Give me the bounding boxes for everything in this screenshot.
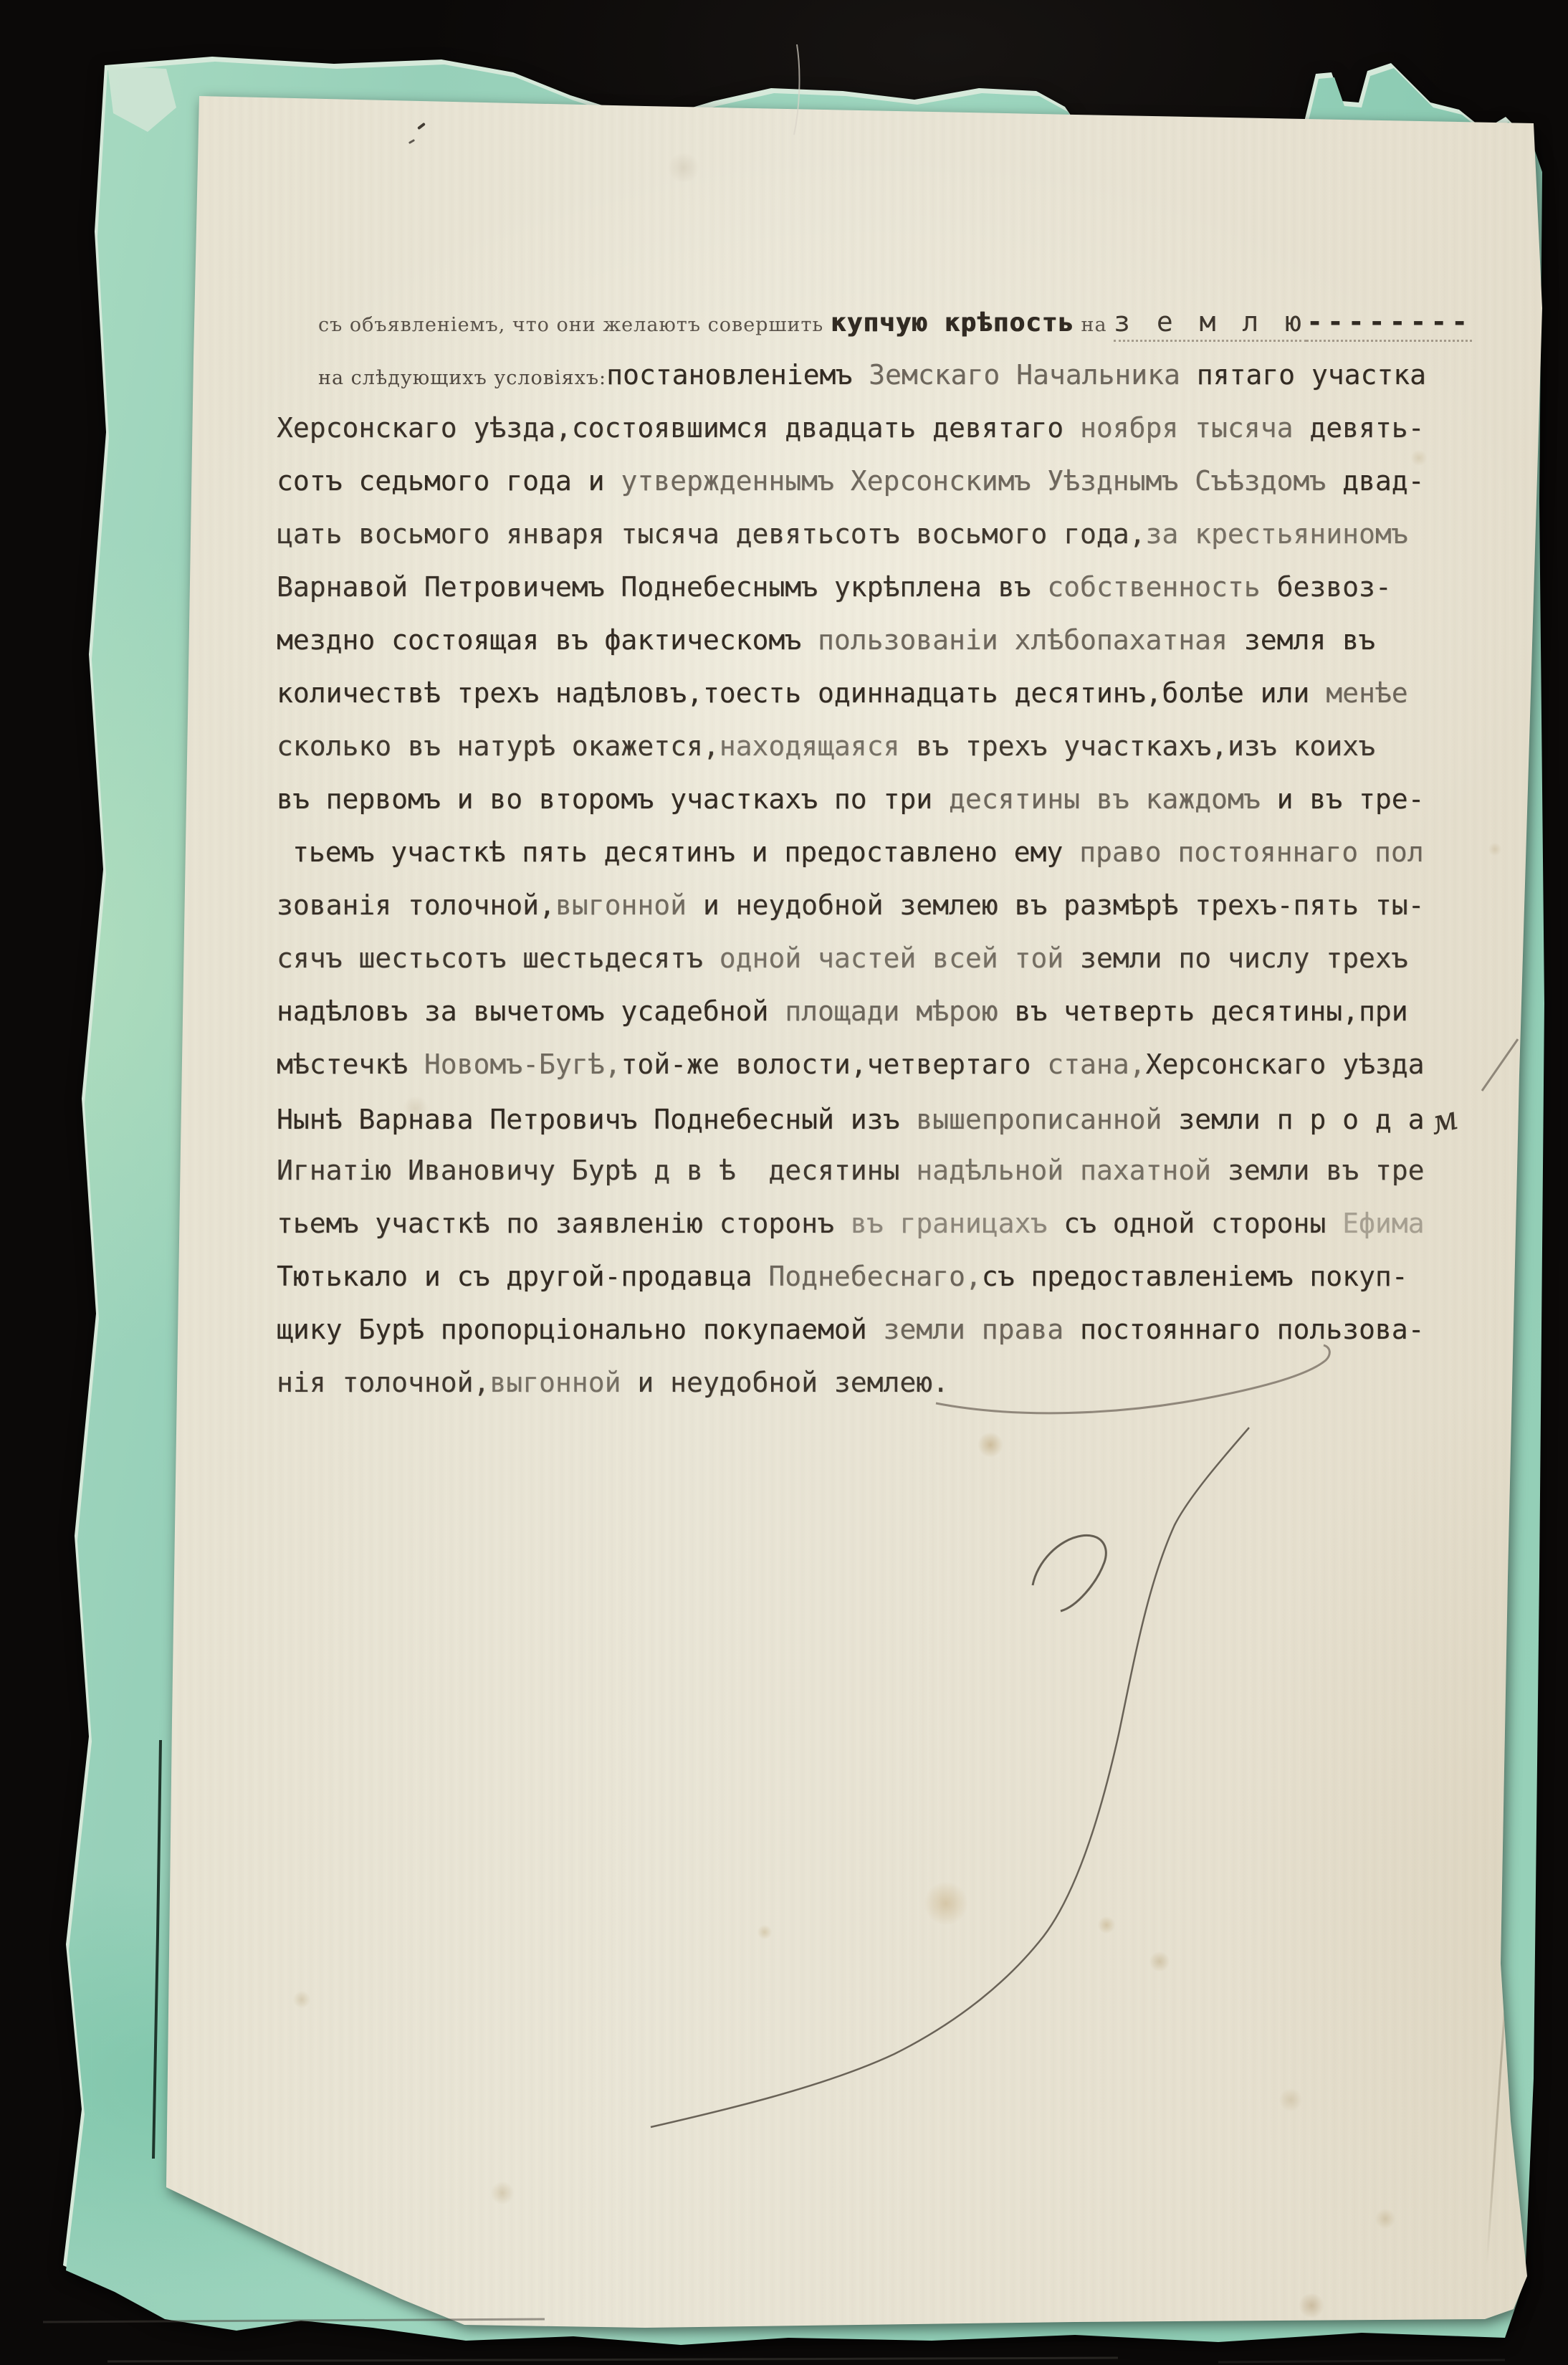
text-line: на слѣдующихъ условіяхъ:постановленіемъ … xyxy=(277,348,1538,401)
text-segment: земли по числу трехъ xyxy=(1080,942,1408,974)
text-segment: стана, xyxy=(1047,1048,1145,1080)
text-line: тьемъ участкѣ по заявленію сторонъ въ гр… xyxy=(277,1197,1538,1250)
text-line: сколько въ натурѣ окажется,находящаяся в… xyxy=(277,720,1538,773)
text-line: надѣловъ за вычетомъ усадебной площади м… xyxy=(277,985,1538,1038)
text-segment: купчую крѣпость xyxy=(831,308,1074,338)
stain xyxy=(490,2182,515,2204)
stain xyxy=(923,1882,969,1925)
text-segment: мѣстечкѣ xyxy=(277,1048,424,1080)
text-line: Варнавой Петровичемъ Поднебеснымъ укрѣпл… xyxy=(277,560,1538,613)
text-segment: съ объявленіемъ, что они желаютъ соверши… xyxy=(318,314,831,336)
text-segment: утвержденнымъ Херсонскимъ Уѣзднымъ Съѣзд… xyxy=(621,465,1326,497)
text-segment: въ границахъ xyxy=(851,1208,1063,1239)
text-segment: количествѣ трехъ надѣловъ,тоесть одиннад… xyxy=(277,677,1326,709)
text-segment: сколько въ натурѣ окажется, xyxy=(277,730,720,762)
text-segment: той-же волости,четвертаго xyxy=(621,1048,1047,1080)
text-segment: въ первомъ и во второмъ участкахъ по три xyxy=(277,783,949,815)
text-line: мѣстечкѣ Новомъ-Бугѣ,той-же волости,четв… xyxy=(277,1038,1538,1091)
text-segment: десятины въ каждомъ xyxy=(949,783,1277,815)
text-line: въ первомъ и во второмъ участкахъ по три… xyxy=(277,773,1538,826)
text-line: цать восьмого января тысяча девятьсотъ в… xyxy=(277,507,1538,560)
stain xyxy=(222,2245,252,2272)
text-segment: за крестьяниномъ xyxy=(1146,518,1408,550)
stain xyxy=(1097,1916,1116,1934)
stain xyxy=(1375,2209,1396,2229)
text-line: тьемъ участкѣ пять десятинъ и предоставл… xyxy=(277,826,1538,879)
text-segment: щику Бурѣ пропорціонально покупаемой xyxy=(277,1314,883,1345)
text-segment: девять- xyxy=(1309,412,1424,444)
text-segment: на xyxy=(1074,314,1114,336)
text-segment: земля въ xyxy=(1244,624,1375,656)
text-segment: Варнавой Петровичемъ Поднебеснымъ укрѣпл… xyxy=(277,571,1047,603)
text-line: Херсонскаго уѣзда,состоявшимся двадцать … xyxy=(277,401,1538,454)
text-segment: земли п р о д а xyxy=(1178,1104,1424,1135)
document-page-layer: съ объявленіемъ, что они желаютъ соверши… xyxy=(0,0,1568,2365)
text-segment: выгонной xyxy=(489,1367,637,1398)
stain xyxy=(757,1925,773,1939)
photo-backdrop: съ объявленіемъ, что они желаютъ соверши… xyxy=(0,0,1568,2365)
text-segment: постояннаго пользова- xyxy=(1080,1314,1424,1345)
text-segment: земли въ тре xyxy=(1228,1155,1425,1186)
text-segment: мездно состоящая въ фактическомъ xyxy=(277,624,818,656)
text-segment: менѣе xyxy=(1326,677,1407,709)
text-segment: находящаяся xyxy=(720,730,917,762)
text-segment: Херсонскаго уѣзда,состоявшимся двадцать … xyxy=(277,412,1080,444)
text-segment: -------- xyxy=(1306,306,1472,342)
text-segment: съ одной стороны xyxy=(1063,1208,1342,1239)
text-line: сячъ шестьсотъ шестьдесятъ одной частей … xyxy=(277,932,1538,985)
text-segment: цать восьмого января тысяча девятьсотъ в… xyxy=(277,518,1146,550)
stain xyxy=(1278,2088,1303,2111)
text-segment: тьемъ участкѣ пять десятинъ и предоставл… xyxy=(292,836,1079,868)
text-line: нія толочной,выгонной и неудобной землею… xyxy=(277,1356,1538,1409)
text-segment: сячъ шестьсотъ шестьдесятъ xyxy=(277,942,720,974)
text-segment: земли права xyxy=(883,1314,1080,1345)
text-segment: пользованіи хлѣбопахатная xyxy=(818,624,1244,656)
text-segment: выгонной xyxy=(555,889,703,921)
document-page: съ объявленіемъ, что они желаютъ соверши… xyxy=(0,0,1568,2365)
text-segment: Ефима xyxy=(1342,1208,1424,1239)
text-line: сотъ седьмого года и утвержденнымъ Херсо… xyxy=(277,454,1538,507)
text-segment: Тютькало и съ другой-продавца xyxy=(277,1261,768,1292)
text-segment: и неудобной землею. xyxy=(637,1367,949,1398)
text-segment: постановленіемъ xyxy=(606,359,869,391)
text-segment: надѣльной пахатной xyxy=(916,1155,1228,1186)
text-segment: Новомъ-Бугѣ, xyxy=(424,1048,621,1080)
text-line: Игнатію Ивановичу Бурѣ д в ѣ десятины на… xyxy=(277,1144,1538,1197)
stain xyxy=(1149,1951,1170,1972)
ink-speck xyxy=(408,139,415,144)
stain xyxy=(977,1432,1003,1458)
text-segment: м xyxy=(1425,1091,1464,1149)
text-segment: съ предоставленіемъ покуп- xyxy=(982,1261,1408,1292)
text-segment: одной частей всей той xyxy=(720,942,1080,974)
text-segment: надѣловъ за вычетомъ усадебной xyxy=(277,995,785,1027)
text-segment: Поднебеснаго, xyxy=(768,1261,981,1292)
text-segment: двад- xyxy=(1326,465,1424,497)
text-segment: Земскаго Начальника xyxy=(869,359,1197,391)
text-line: мездно состоящая въ фактическомъ пользов… xyxy=(277,613,1538,666)
text-line: съ объявленіемъ, что они желаютъ соверши… xyxy=(277,295,1538,348)
text-segment: и неудобной землею въ размѣрѣ трехъ-пять… xyxy=(703,889,1425,921)
text-segment: тьемъ участкѣ по заявленію сторонъ xyxy=(277,1208,851,1239)
text-segment: зованія толочной, xyxy=(277,889,555,921)
typed-text: съ объявленіемъ, что они желаютъ соверши… xyxy=(277,295,1538,1409)
text-segment: право постояннаго пол xyxy=(1079,836,1423,868)
text-segment: безвоз- xyxy=(1277,571,1392,603)
stain xyxy=(666,153,701,182)
text-line: щику Бурѣ пропорціонально покупаемой зем… xyxy=(277,1303,1538,1356)
stain xyxy=(292,1991,311,2008)
text-segment: въ четверть десятины,при xyxy=(1015,995,1408,1027)
text-segment: Игнатію Ивановичу Бурѣ д в ѣ десятины xyxy=(277,1155,916,1186)
text-segment: площади мѣрою xyxy=(785,995,1014,1027)
text-segment: и въ тре- xyxy=(1277,783,1425,815)
text-segment: собственность xyxy=(1047,571,1276,603)
ink-speck xyxy=(417,123,426,130)
paper-crease xyxy=(1486,1964,1509,2264)
text-segment: сотъ седьмого года и xyxy=(277,465,621,497)
text-line: Тютькало и съ другой-продавца Поднебесна… xyxy=(277,1250,1538,1303)
text-segment: з е м л ю xyxy=(1114,306,1306,342)
text-segment: въ трехъ участкахъ,изъ коихъ xyxy=(916,730,1375,762)
text-segment: нія толочной, xyxy=(277,1367,489,1398)
text-segment: ноября тысяча xyxy=(1080,412,1309,444)
text-segment: Нынѣ Варнава Петровичъ Поднебесный изъ xyxy=(277,1104,916,1135)
text-segment: пятаго участка xyxy=(1197,359,1426,391)
text-segment: Херсонскаго уѣзда xyxy=(1146,1048,1425,1080)
text-segment: на слѣдующихъ условіяхъ: xyxy=(318,367,606,389)
text-segment: вышепрописанной xyxy=(916,1104,1178,1135)
text-line: зованія толочной,выгонной и неудобной зе… xyxy=(277,879,1538,932)
text-line: количествѣ трехъ надѣловъ,тоесть одиннад… xyxy=(277,666,1538,720)
text-line: Нынѣ Варнава Петровичъ Поднебесный изъ в… xyxy=(277,1091,1538,1144)
stain xyxy=(1298,2293,1325,2318)
